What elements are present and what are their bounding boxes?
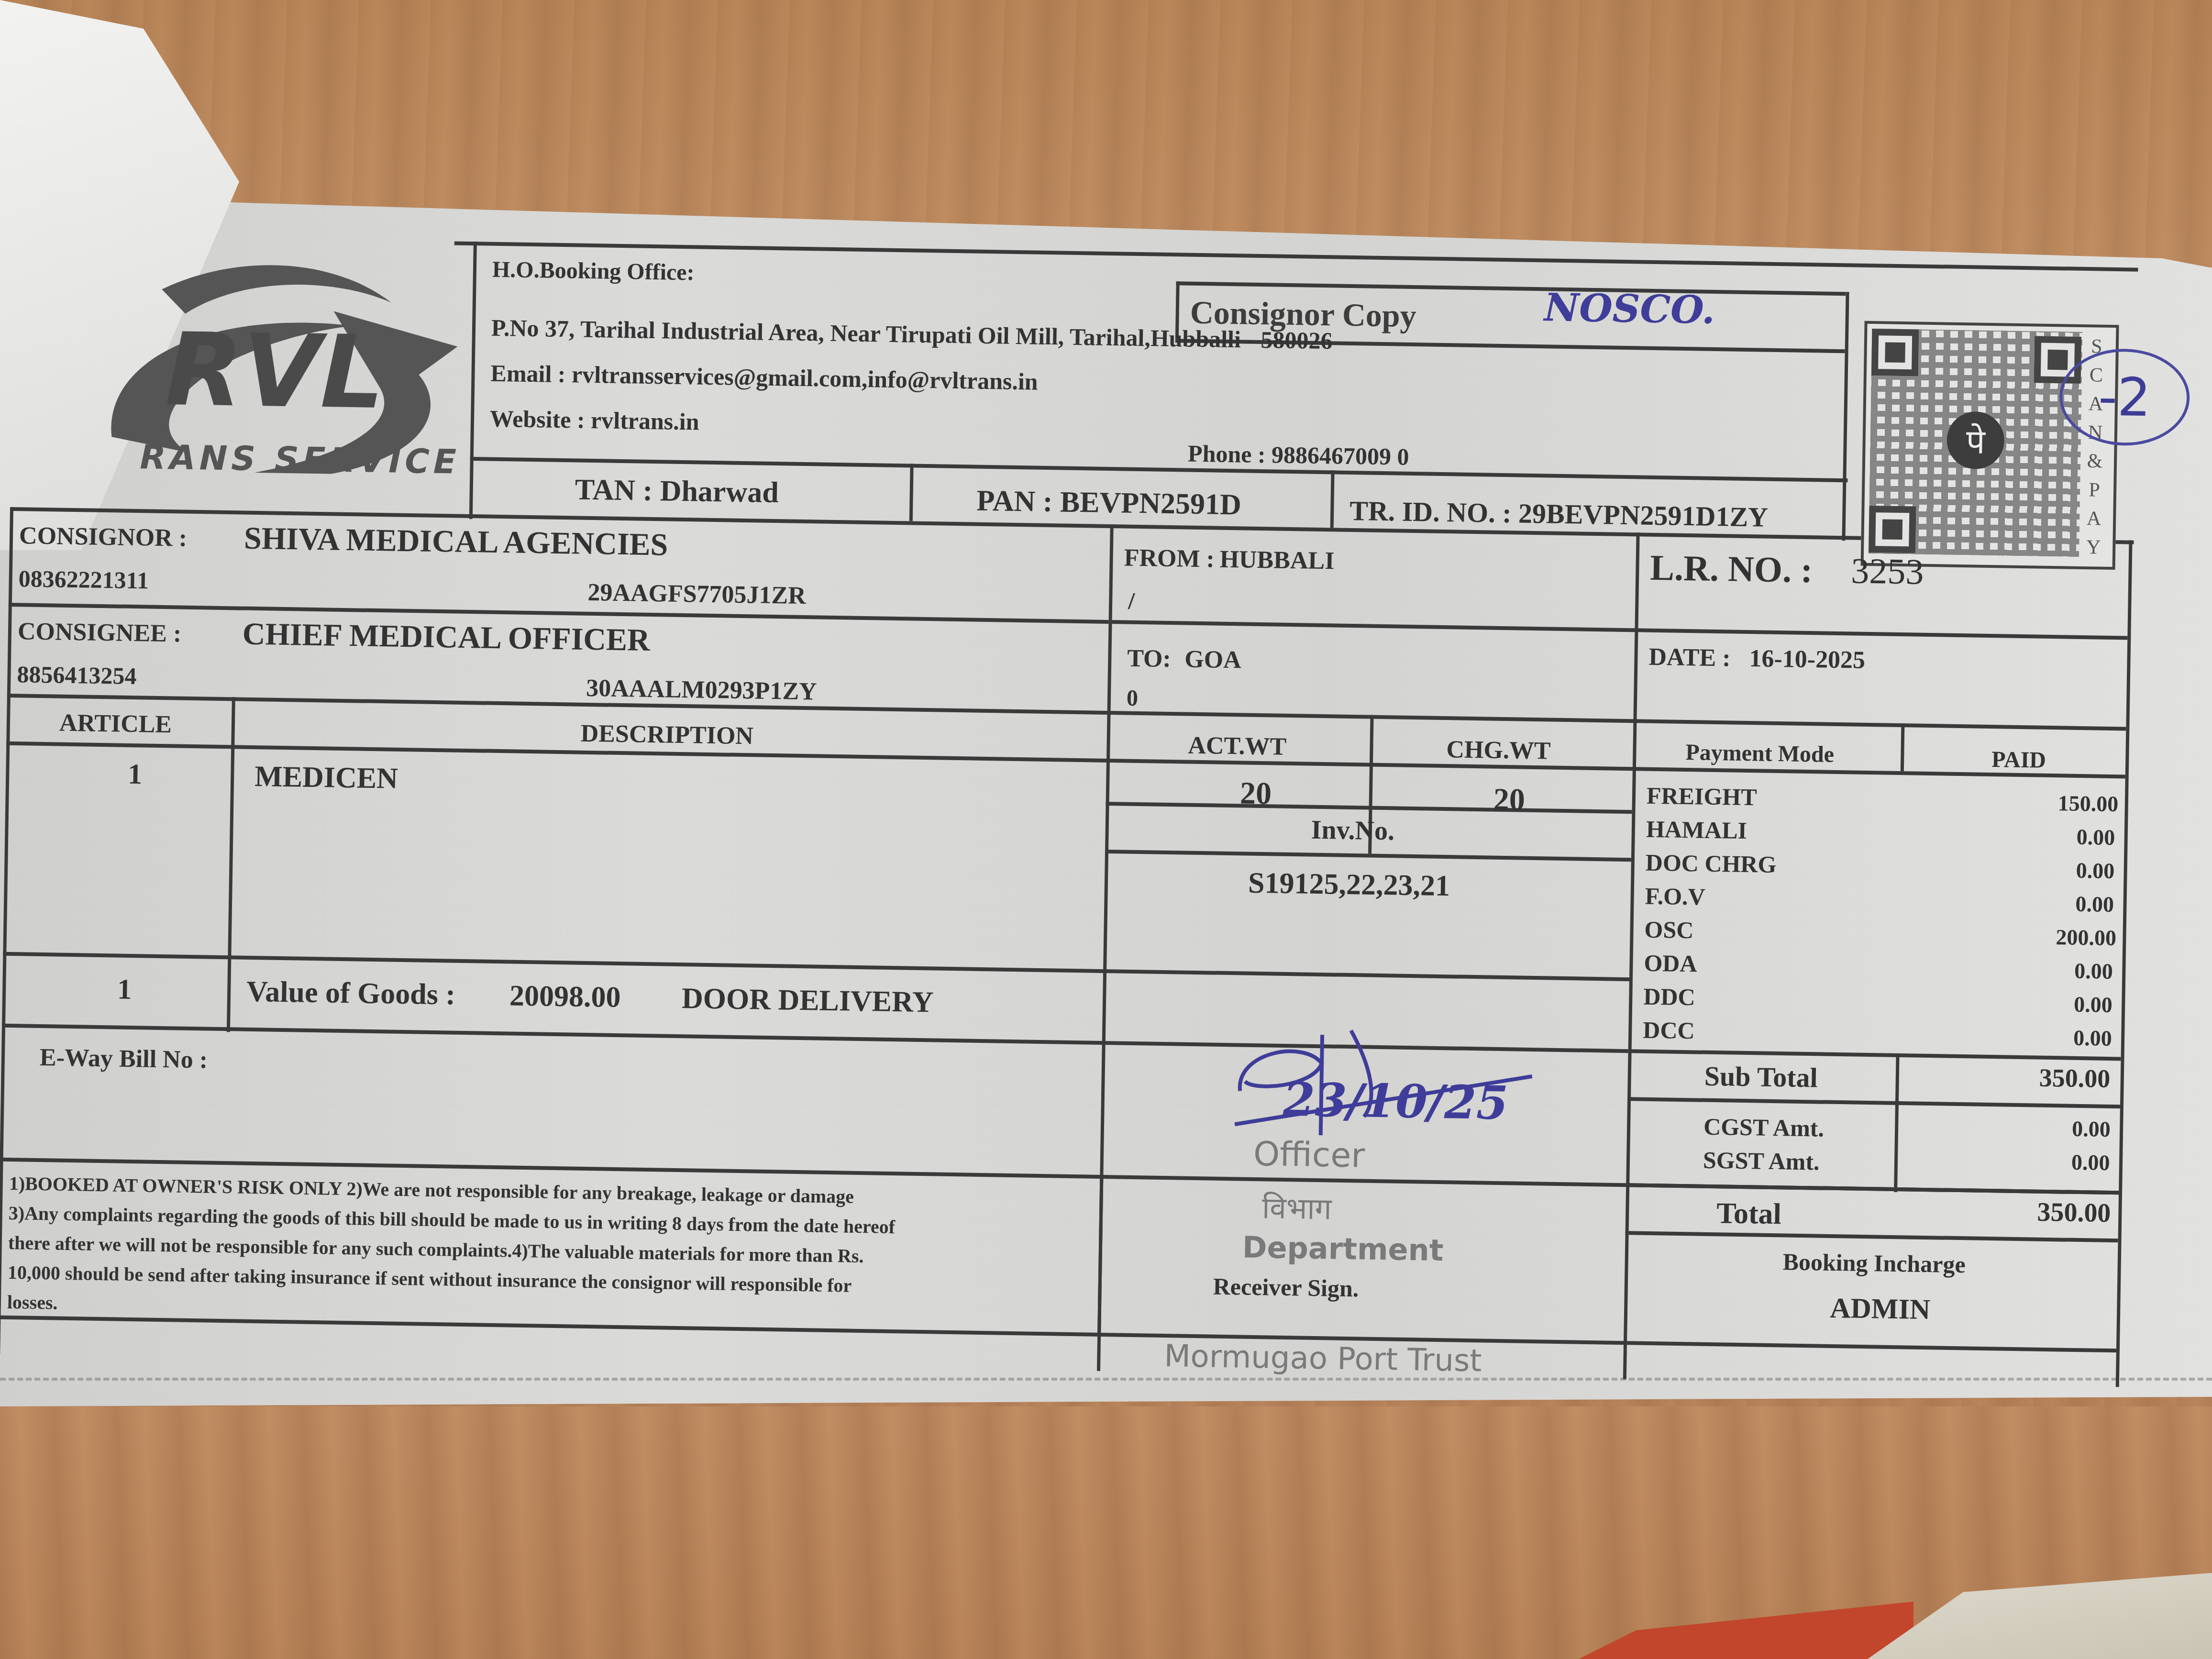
charge-amount: 0.00 (2074, 958, 2113, 984)
lorry-receipt-form: RVL RANS SERVICE H.O.Booking Office: P.N… (0, 234, 2138, 1387)
charge-amount: 0.00 (2076, 858, 2114, 884)
terms-line: 10,000 should be send after taking insur… (8, 1261, 852, 1297)
logo-tagline: RANS SERVICE (140, 437, 460, 481)
divider (1901, 723, 1905, 771)
charge-label: FREIGHT (1647, 782, 1757, 811)
charge-label: HAMALI (1646, 815, 1747, 844)
consignee-label: CONSIGNEE : (18, 617, 182, 648)
booking-incharge-label: Booking Incharge (1782, 1248, 1966, 1278)
terms-line: losses. (7, 1291, 58, 1314)
sgst-amount: 0.00 (2071, 1150, 2110, 1175)
eway-bill-label: E-Way Bill No : (40, 1043, 208, 1074)
divider (909, 464, 914, 521)
divider (1626, 1231, 2118, 1242)
charge-amount: 200.00 (2056, 924, 2116, 951)
divider (1894, 1053, 1900, 1192)
invoice-label: Inv.No. (1311, 815, 1394, 847)
company-logo: RVL RANS SERVICE (82, 245, 478, 500)
to-label: TO: (1127, 644, 1171, 673)
transporter-id: TR. ID. NO. : 29BEVPN2591D1ZY (1349, 495, 1769, 533)
tan-number: TAN : Dharwad (575, 473, 779, 510)
cgst-amount: 0.00 (2072, 1116, 2111, 1142)
divider (1097, 1175, 1103, 1333)
charge-label: F.O.V (1645, 882, 1705, 911)
terms-line: there after we will not be responsible f… (8, 1231, 864, 1267)
charge-amount: 150.00 (2057, 790, 2118, 817)
divider (1628, 1049, 2121, 1061)
description-header: DESCRIPTION (580, 719, 753, 751)
receiver-sign-label: Receiver Sign. (1213, 1272, 1359, 1303)
divider (7, 694, 2126, 731)
from-sub: / (1128, 587, 1135, 615)
paid-header: PAID (1991, 746, 2046, 774)
divider (1626, 1183, 2119, 1194)
goods-description: MEDICEN (254, 760, 398, 796)
charge-label: DDC (1643, 983, 1695, 1011)
subtotal-label: Sub Total (1704, 1060, 1818, 1094)
cgst-label: CGST Amt. (1703, 1113, 1825, 1142)
charge-amount: 0.00 (2075, 891, 2114, 917)
lr-date: 16-10-2025 (1749, 644, 1866, 675)
value-of-goods-label: Value of Goods : (246, 975, 456, 1012)
consignor-gstin: 29AAGFS7705J1ZR (587, 578, 806, 610)
to-city: GOA (1184, 645, 1241, 675)
lr-number: 3253 (1851, 550, 1924, 593)
signature-icon (1225, 1019, 1561, 1149)
booking-incharge-name: ADMIN (1830, 1292, 1931, 1326)
charge-label: OSC (1644, 916, 1694, 944)
total-label: Total (1716, 1196, 1782, 1231)
divider (0, 1316, 2116, 1353)
qr-finder-icon (1871, 329, 1919, 376)
payment-mode-header: Payment Mode (1685, 739, 1834, 768)
charged-weight-header: CHG.WT (1446, 735, 1551, 765)
divider (1176, 281, 1846, 296)
charge-label: DOC CHRG (1645, 849, 1776, 878)
article-count: 1 (128, 758, 143, 791)
upi-qr-code[interactable]: पे SC AN &P AY (1861, 321, 2119, 570)
sgst-label: SGST Amt. (1703, 1146, 1820, 1176)
terms-line: 3)Any complaints regarding the goods of … (8, 1202, 895, 1238)
office-website: Website : rvltrans.in (490, 405, 699, 436)
consignee-name: CHIEF MEDICAL OFFICER (242, 616, 650, 659)
stamp-port-trust: Mormugao Port Trust (1164, 1338, 1482, 1379)
to-sub: 0 (1127, 685, 1139, 711)
date-label: DATE : (1648, 643, 1731, 673)
ho-label: H.O.Booking Office: (492, 256, 695, 286)
consignor-phone: 08362221311 (18, 564, 149, 594)
consignor-label: CONSIGNOR : (19, 521, 188, 553)
copy-type-label: Consignor Copy (1190, 294, 1416, 335)
actual-weight: 20 (1239, 775, 1272, 812)
pan-number: PAN : BEVPN2591D (976, 484, 1241, 522)
subtotal-amount: 350.00 (2039, 1063, 2110, 1094)
handwritten-copy-note: NOSCO. (1544, 285, 1715, 332)
stamp-department-hindi: विभाग (1262, 1187, 1332, 1228)
value-of-goods: 20098.00 (509, 979, 621, 1015)
from-city: HUBBALI (1219, 545, 1335, 575)
actual-weight-header: ACT.WT (1188, 731, 1287, 761)
lr-label: L.R. NO. : (1650, 547, 1813, 591)
consignee-gstin: 30AAALM0293P1ZY (586, 674, 817, 706)
office-phone: Phone : 9886467009 0 (1188, 440, 1409, 471)
divider (1623, 532, 1640, 1379)
total-articles: 1 (117, 973, 132, 1006)
divider (1842, 292, 1849, 541)
charge-label: DCC (1643, 1016, 1695, 1045)
divider (1330, 470, 1335, 528)
from-label: FROM : (1124, 544, 1215, 574)
invoice-numbers: S19125,22,23,21 (1248, 866, 1450, 904)
divider (1627, 1097, 2120, 1108)
charge-label: ODA (1644, 949, 1697, 978)
stamp-department: Department (1242, 1230, 1443, 1268)
divider (1108, 620, 2127, 640)
terms-line: 1)BOOKED AT OWNER'S RISK ONLY 2)We are n… (9, 1172, 854, 1208)
article-header: ARTICLE (59, 709, 172, 739)
delivery-type: DOOR DELIVERY (682, 982, 934, 1019)
total-amount: 350.00 (2037, 1197, 2111, 1228)
svg-text:RVL: RVL (165, 311, 386, 431)
charge-amount: 0.00 (2074, 992, 2112, 1018)
charge-amount: 0.00 (2076, 824, 2115, 850)
consignee-phone: 8856413254 (17, 660, 137, 690)
charged-weight: 20 (1493, 782, 1525, 818)
qr-finder-icon (1869, 506, 1916, 553)
charge-amount: 0.00 (2073, 1025, 2112, 1051)
office-email: Email : rvltransservices@gmail.com,info@… (490, 359, 1038, 396)
consignor-name: SHIVA MEDICAL AGENCIES (243, 520, 668, 564)
